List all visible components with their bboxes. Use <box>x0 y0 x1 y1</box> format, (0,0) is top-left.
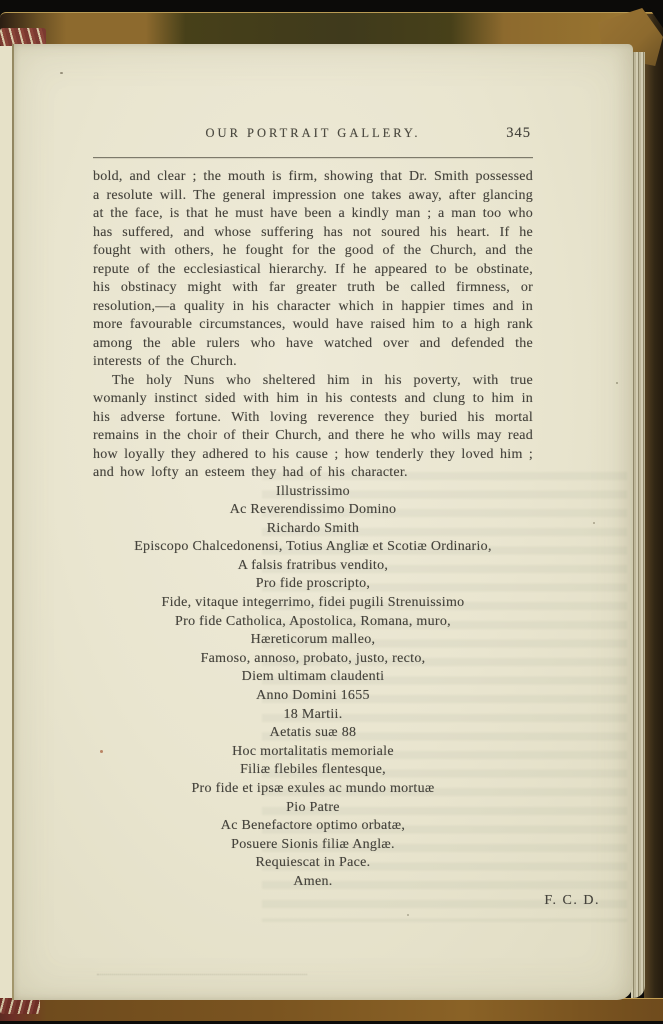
book-page: OUR PORTRAIT GALLERY. 345 bold, and clea… <box>12 44 633 1000</box>
epitaph-line: Pro fide proscripto, <box>93 575 533 594</box>
ink-showthrough-line <box>97 974 307 976</box>
book-scan: OUR PORTRAIT GALLERY. 345 bold, and clea… <box>0 0 663 1024</box>
epitaph-line: A falsis fratribus vendito, <box>93 557 533 576</box>
dust-speck <box>60 72 63 74</box>
epitaph-line: Fide, vitaque integerrimo, fidei pugili … <box>93 594 533 613</box>
dust-speck <box>616 382 618 384</box>
page-gutter <box>12 44 14 1000</box>
epitaph-line: Pio Patre <box>93 799 533 818</box>
book-cover-bottom-edge <box>0 998 663 1021</box>
body-text: bold, and clear ; the mouth is firm, sho… <box>93 168 533 483</box>
page-content: OUR PORTRAIT GALLERY. 345 bold, and clea… <box>93 126 533 910</box>
epitaph-line: Posuere Sionis filiæ Anglæ. <box>93 836 533 855</box>
epitaph-line: Pro fide et ipsæ exules ac mundo mortuæ <box>93 780 533 799</box>
epitaph-line: Filiæ flebiles flentesque, <box>93 761 533 780</box>
epitaph: Illustrissimo Ac Reverendissimo Domino R… <box>93 483 533 892</box>
epitaph-line: 18 Martii. <box>93 706 533 725</box>
running-header: OUR PORTRAIT GALLERY. <box>93 126 533 141</box>
epitaph-line: Hæreticorum malleo, <box>93 631 533 650</box>
epitaph-line: Illustrissimo <box>93 483 533 502</box>
book-cover-top-edge <box>0 12 663 47</box>
epitaph-line: Aetatis suæ 88 <box>93 724 533 743</box>
body-paragraph: The holy Nuns who sheltered him in his p… <box>93 372 533 483</box>
page-header: OUR PORTRAIT GALLERY. 345 <box>93 126 533 144</box>
epitaph-line: Diem ultimam claudenti <box>93 668 533 687</box>
epitaph-line: Requiescat in Pace. <box>93 854 533 873</box>
dust-speck <box>407 914 409 916</box>
epitaph-line: Ac Benefactore optimo orbatæ, <box>93 817 533 836</box>
epitaph-line: Richardo Smith <box>93 520 533 539</box>
epitaph-line: Anno Domini 1655 <box>93 687 533 706</box>
header-rule <box>93 157 533 158</box>
body-paragraph: bold, and clear ; the mouth is firm, sho… <box>93 168 533 372</box>
book-cover-right-edge <box>644 14 663 1010</box>
epitaph-line: Pro fide Catholica, Apostolica, Romana, … <box>93 613 533 632</box>
epitaph-line: Episcopo Chalcedonensi, Totius Angliæ et… <box>93 538 533 557</box>
epitaph-line: Amen. <box>93 873 533 892</box>
dust-speck <box>593 522 595 524</box>
epitaph-line: Famoso, annoso, probato, justo, recto, <box>93 650 533 669</box>
epitaph-line: Hoc mortalitatis memoriale <box>93 743 533 762</box>
epitaph-line: Ac Reverendissimo Domino <box>93 501 533 520</box>
page-stack-edge <box>631 52 645 998</box>
page-number: 345 <box>506 125 531 142</box>
author-initials: F. C. D. <box>93 892 600 911</box>
